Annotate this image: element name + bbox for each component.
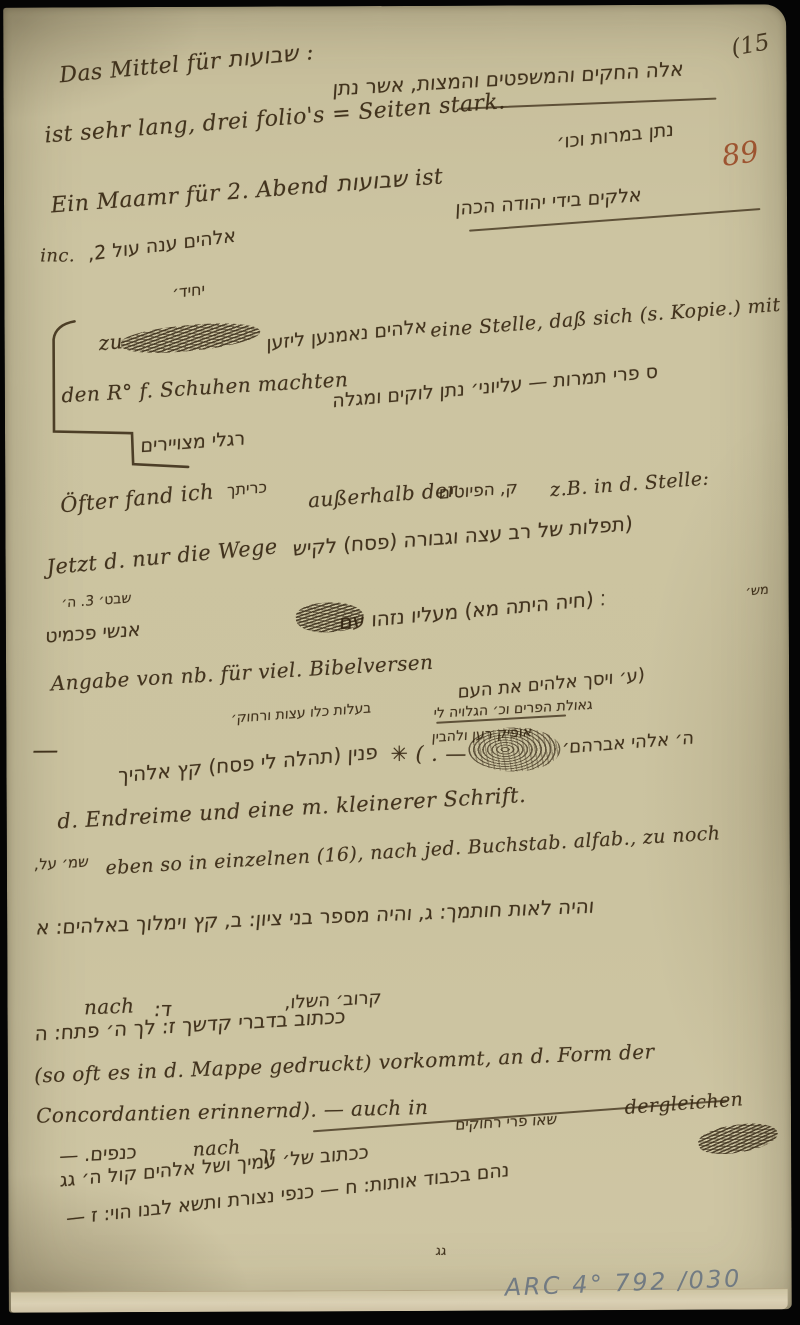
handwriting-line: אלהים נאמנען ליזען bbox=[266, 315, 427, 355]
handwriting-line: כריתך bbox=[227, 477, 268, 500]
handwriting-line: Jetzt d. nur die Wege bbox=[46, 534, 279, 579]
handwriting-line: — bbox=[32, 735, 59, 765]
handwriting-line: גג bbox=[435, 1244, 447, 1259]
handwriting-layer: Das Mittel für שבועות :אלה החקים והמשפטי… bbox=[3, 4, 792, 1312]
handwriting-line: z.B. in d. Stelle: bbox=[549, 468, 710, 502]
handwriting-line: (ע׳ ויסך אלהים את העם bbox=[457, 665, 645, 703]
handwriting-line: den R° f. Schuhen machten bbox=[61, 367, 349, 407]
handwriting-line: ✳ ( . — bbox=[390, 742, 466, 766]
handwriting-line: שבט׳ 3. ה׳ bbox=[61, 590, 132, 611]
crossed-out-scribble bbox=[468, 727, 560, 771]
handwriting-line: נתן במרות וכו׳ bbox=[556, 118, 674, 153]
handwriting-line: ככתוב בדברי קדשך ז: לך ה׳ פתח: ה bbox=[34, 1004, 346, 1046]
handwriting-line: מש׳ bbox=[745, 582, 769, 599]
handwriting-line: פנין (תהלה לי פסח) קץ אלהיך bbox=[118, 739, 378, 787]
handwriting-line: inc. bbox=[40, 245, 75, 266]
handwriting-line: אלקים בידי יהודה הכהן bbox=[455, 184, 642, 220]
handwriting-line: Concordantien erinnernd). — auch in bbox=[36, 1095, 429, 1128]
manuscript-page: (15 89 ARC 4° 792 /030 Das Mittel für שב… bbox=[3, 4, 792, 1312]
handwriting-line: Ein Maamr für 2. Abend שבועות ist bbox=[50, 164, 444, 218]
handwriting-line: ס פרי תמרות — עליוני׳ נתן לוקים ומגלה bbox=[332, 360, 658, 412]
handwriting-line: אלה החקים והמשפטים והמצות, אשר נתן bbox=[332, 56, 685, 100]
handwriting-line: Öfter fand ich bbox=[59, 479, 215, 517]
crossed-out-scribble bbox=[696, 1118, 780, 1160]
handwriting-line: (תפלות של רב עצה וגבורה (פסח) לקיש bbox=[292, 511, 633, 560]
handwriting-line: eben so in einzelnen (16), nach jed. Buc… bbox=[105, 822, 721, 879]
handwriting-line: ׃ (חיה היתה מא) מעליו נזהו עם bbox=[339, 586, 606, 635]
handwriting-line: שמ׳ על, bbox=[34, 852, 90, 873]
handwriting-line: (so oft es in d. Mappe gedruckt) vorkomm… bbox=[34, 1039, 655, 1087]
handwriting-line: אלהים ענה עול 2, bbox=[88, 225, 236, 266]
handwriting-line: ist sehr lang, drei folio's = Seiten sta… bbox=[44, 89, 507, 148]
handwriting-line: ה׳ אלהי אברהם׳ bbox=[561, 727, 694, 758]
handwriting-line: eine Stelle, daß sich (s. Kopie.) mit bbox=[430, 294, 782, 342]
handwriting-line: d. Endreime und eine m. kleinerer Schrif… bbox=[57, 783, 527, 834]
handwriting-line: בעלות כלו עצות ורחוק׳ bbox=[230, 700, 371, 727]
crossed-out-scribble bbox=[120, 317, 262, 358]
handwriting-line: außerhalb der bbox=[307, 477, 458, 512]
handwriting-line: Das Mittel für שבועות : bbox=[58, 40, 315, 88]
handwriting-line: רגלי מצויירים bbox=[140, 427, 246, 457]
handwriting-line: יחיד׳ bbox=[172, 279, 205, 302]
handwriting-line: Angabe von nb. für viel. Bibelversen bbox=[50, 650, 434, 696]
handwriting-line: אנשי פכמיט bbox=[45, 618, 141, 647]
handwriting-line: והיה לאות חותמך: ג, והיה מספר בני ציון: … bbox=[35, 894, 595, 940]
